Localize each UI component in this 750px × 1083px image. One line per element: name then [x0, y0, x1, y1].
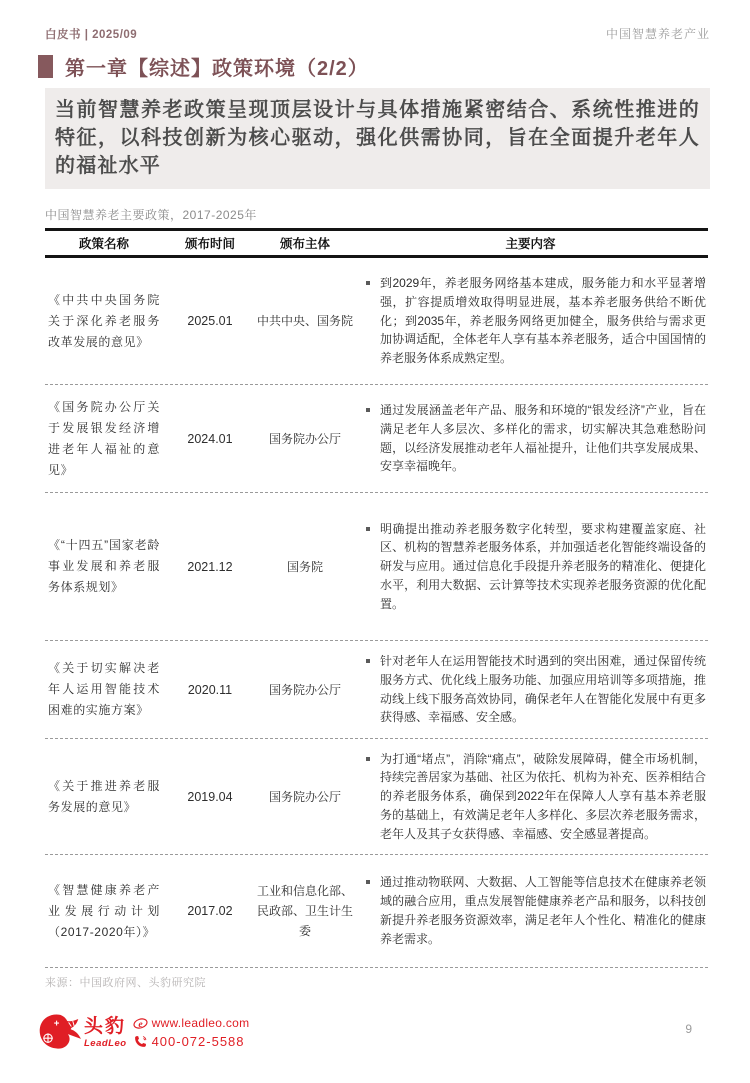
issue-date: 2020.11	[163, 683, 257, 697]
phone-number: 400-072-5588	[152, 1034, 245, 1049]
issue-date: 2021.12	[163, 560, 257, 574]
table-caption: 中国智慧养老主要政策，2017-2025年	[45, 206, 257, 223]
policy-content: 针对老年人在运用智能技术时遇到的突出困难，通过保留传统服务方式、优化线上服务功能…	[380, 652, 706, 727]
issue-date: 2025.01	[163, 314, 257, 328]
issue-date: 2019.04	[163, 790, 257, 804]
policy-table: 政策名称 颁布时间 颁布主体 主要内容 《中共中央国务院关于深化养老服务改革发展…	[45, 228, 708, 968]
brand-name-block: 头豹 LeadLeo	[84, 1016, 127, 1049]
report-page: 白皮书 | 2025/09 中国智慧养老产业 第一章【综述】政策环境（2/2） …	[0, 0, 750, 1083]
bullet-dot-icon	[366, 659, 370, 663]
table-row: 《关于切实解决老年人运用智能技术困难的实施方案》 2020.11 国务院办公厅 …	[45, 641, 708, 739]
policy-content: 为打通“堵点”，消除“痛点”，破除发展障碍，健全市场机制，持续完善居家为基础、社…	[380, 750, 706, 844]
policy-name: 《“十四五”国家老龄事业发展和养老服务体系规划》	[45, 535, 163, 598]
bullet-dot-icon	[366, 281, 370, 285]
column-header-issue-date: 颁布时间	[163, 234, 257, 252]
chapter-title-row: 第一章【综述】政策环境（2/2）	[38, 52, 369, 81]
table-row: 《“十四五”国家老龄事业发展和养老服务体系规划》 2021.12 国务院 明确提…	[45, 493, 708, 641]
issue-date: 2024.01	[163, 432, 257, 446]
key-finding-highlight: 当前智慧养老政策呈现顶层设计与具体措施紧密结合、系统性推进的特征，以科技创新为核…	[45, 88, 710, 189]
policy-name: 《关于切实解决老年人运用智能技术困难的实施方案》	[45, 658, 163, 721]
issuer: 工业和信息化部、民政部、卫生计生委	[257, 881, 353, 941]
policy-content: 到2029年，养老服务网络基本建成，服务能力和水平显著增强，扩容提质增效取得明显…	[380, 274, 706, 368]
header-doc-type: 白皮书 | 2025/09	[45, 26, 137, 42]
issuer: 国务院办公厅	[257, 787, 353, 807]
policy-name: 《关于推进养老服务发展的意见》	[45, 776, 163, 818]
table-header-row: 政策名称 颁布时间 颁布主体 主要内容	[45, 228, 708, 258]
policy-content: 通过推动物联网、大数据、人工智能等信息技术在健康养老领域的融合应用，重点发展智能…	[380, 873, 706, 948]
website-link[interactable]: www.leadleo.com	[152, 1016, 250, 1030]
column-header-issuer: 颁布主体	[257, 234, 353, 252]
page-title: 第一章【综述】政策环境（2/2）	[65, 52, 369, 81]
source-note: 来源：中国政府网、头豹研究院	[45, 974, 206, 990]
issuer: 国务院办公厅	[257, 680, 353, 700]
bullet-dot-icon	[366, 408, 370, 412]
website-line: e www.leadleo.com	[133, 1016, 250, 1031]
column-header-policy-name: 政策名称	[45, 234, 163, 252]
table-row: 《智慧健康养老产业发展行动计划（2017-2020年）》 2017.02 工业和…	[45, 855, 708, 968]
header-industry: 中国智慧养老产业	[606, 25, 710, 42]
policy-name: 《国务院办公厅关于发展银发经济增进老年人福祉的意见》	[45, 397, 163, 481]
policy-content: 通过发展涵盖老年产品、服务和环境的“银发经济”产业，旨在满足老年人多层次、多样化…	[380, 401, 706, 476]
footer-brand-bar: 头豹 LeadLeo e www.leadleo.com 400-072-558…	[37, 1008, 249, 1056]
page-header: 白皮书 | 2025/09 中国智慧养老产业	[45, 25, 710, 42]
svg-text:e: e	[138, 1019, 143, 1030]
column-header-content: 主要内容	[353, 234, 708, 252]
table-row: 《关于推进养老服务发展的意见》 2019.04 国务院办公厅 为打通“堵点”，消…	[45, 739, 708, 855]
table-row: 《国务院办公厅关于发展银发经济增进老年人福祉的意见》 2024.01 国务院办公…	[45, 385, 708, 493]
bullet-dot-icon	[366, 757, 370, 761]
brand-name-cn: 头豹	[84, 1016, 127, 1038]
policy-name: 《智慧健康养老产业发展行动计划（2017-2020年）》	[45, 880, 163, 943]
brand-name-en: LeadLeo	[84, 1038, 127, 1049]
phone-line: 400-072-5588	[133, 1034, 250, 1049]
issuer: 国务院	[257, 557, 353, 577]
bullet-dot-icon	[366, 880, 370, 884]
table-row: 《中共中央国务院关于深化养老服务改革发展的意见》 2025.01 中共中央、国务…	[45, 258, 708, 385]
issue-date: 2017.02	[163, 904, 257, 918]
globe-icon: e	[133, 1016, 148, 1031]
title-square-marker	[38, 55, 53, 78]
phone-icon	[133, 1034, 148, 1049]
issuer: 中共中央、国务院	[257, 311, 353, 331]
leadleo-leopard-logo-icon	[37, 1008, 81, 1056]
page-number: 9	[685, 1022, 692, 1036]
issuer: 国务院办公厅	[257, 429, 353, 449]
bullet-dot-icon	[366, 527, 370, 531]
contact-block: e www.leadleo.com 400-072-5588	[133, 1016, 250, 1049]
policy-name: 《中共中央国务院关于深化养老服务改革发展的意见》	[45, 290, 163, 353]
policy-content: 明确提出推动养老服务数字化转型，要求构建覆盖家庭、社区、机构的智慧养老服务体系，…	[380, 520, 706, 614]
